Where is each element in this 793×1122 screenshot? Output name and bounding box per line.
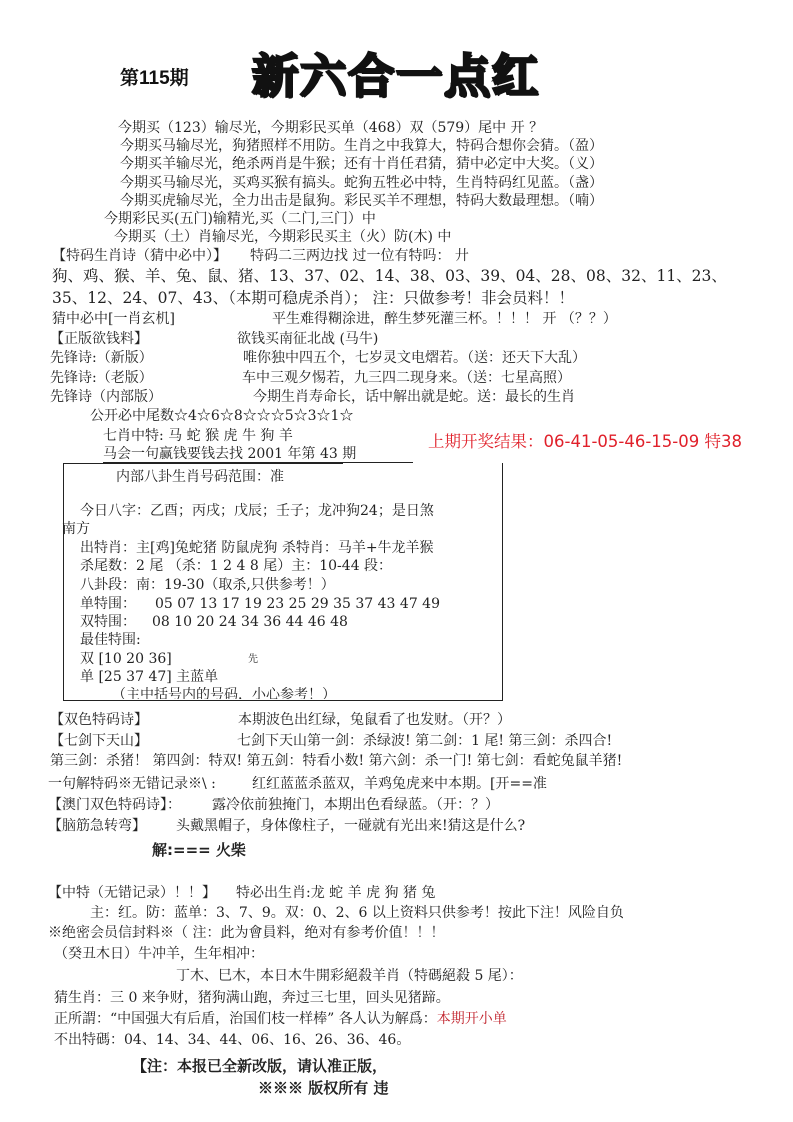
tail-numbers: 公开必中尾数☆4☆6☆8☆☆☆5☆3☆1☆ (90, 408, 353, 424)
intro-line-3: 今期买羊输尽光，绝杀两肖是牛猴；还有十肖任君猜，猜中必定中大奖。（义） (120, 156, 603, 172)
intro-line-6: 今期彩民买(五门)输精光,买（二门,三门）中 (104, 211, 376, 227)
pioneer-text-old: 车中三观夕惕若，九三四二现身来。（送：七星高照） (242, 370, 571, 386)
one-sentence-text: 红红蓝蓝杀蓝双，羊鸡兔虎来中本期。[开==准 (252, 776, 547, 792)
box-best-odd: 单 [25 37 47] 主蓝单 (80, 669, 218, 685)
saying-answer: 本期开小单 (437, 1011, 507, 1027)
day-line: （癸丑木日）牛冲羊，生年相冲： (54, 946, 264, 962)
special-label: 【中特（无错记录）！！】 (48, 885, 216, 901)
saying-prefix: 正所謂：“中国强大有后盾，治国们枝一样棒” 各人认为解爲： (54, 1011, 437, 1027)
tema-poem-numbers-1: 狗、鸡、猴、羊、兔、鼠、猪、13、37、02、14、38、03、39、04、28… (52, 268, 727, 286)
day-line2: 丁木、巳木，本日木牛開彩絕殺羊肖（特碼絕殺 5 尾）： (176, 968, 523, 984)
intro-line-2: 今期买马输尽光，狗猪照样不用防。生肖之中我算大，特码合想你会猜。（盈） (120, 138, 603, 154)
box-title: 内部八卦生肖号码范围：准 (116, 469, 284, 485)
intro-line-7: 今期买（土）肖输尽光，今期彩民买主（火）防(木) 中 (114, 229, 451, 245)
seven-swords-text: 七剑下天山第一剑：杀绿波! 第二剑：1 尾! 第三剑：杀四合! (237, 733, 612, 749)
guess-zodiac-line: 猜生肖：三 0 来争财，猪狗满山跑，奔过三七里，回头见猪蹄。 (54, 990, 450, 1006)
riddle-answer: 解:=== 火柴 (152, 842, 246, 859)
two-color-label: 【双色特码诗】 (50, 712, 148, 728)
box-best-even: 双 [10 20 36] (80, 651, 172, 667)
guess-label: 猜中必中[一肖玄机] (52, 311, 175, 327)
intro-line-1: 今期买（123）输尽光，今期彩民买单（468）双（579）尾中 开 ？ (118, 120, 543, 136)
footer-note: 【注：本报已全新改版，请认准正版， (132, 1058, 387, 1075)
masthead-title: 新六合一点红 (252, 50, 540, 103)
footer-copyright: ※※※ 版权所有 违 (258, 1080, 388, 1097)
seven-swords-line2: 第三剑：杀猪！ 第四剑：特双! 第五剑：特看小数! 第六剑：杀一门! 第七剑：看… (50, 753, 622, 769)
one-sentence-label: 一句解特码※无错记录※\ : (48, 776, 216, 792)
special-text: 特必出生肖:龙 蛇 羊 虎 狗 猪 兔 (236, 885, 435, 901)
special-line2: 主：红。防：蓝单：3、7、9。双：0、2、6 以上资料只供参考！按此下注！风险自… (90, 905, 624, 921)
tema-poem-numbers-2: 35、12、24、07、43、（本期可稳虎杀肖）； 注：只做参考！非会员料！！ (52, 290, 574, 308)
horse-club-line: 马会一句赢钱要钱去找 2001 年第 43 期 (103, 446, 413, 463)
intro-line-4: 今期买马输尽光，买鸡买猴有搞头。蛇狗五牲必中特，生肖特码红见蓝。（盏） (120, 175, 603, 191)
box-odd-label: 单特围： (80, 596, 136, 612)
box-even-label: 双特围： (80, 614, 136, 630)
member-line: ※绝密会员信封料※（ 注：此为會員料，绝对有参考价值！！！ (48, 925, 444, 941)
last-result: 上期开奖结果：06-41-05-46-15-09 特38 (428, 433, 742, 452)
box-zodiac: 出特肖：主[鸡]兔蛇猪 防鼠虎狗 杀特肖：马羊+牛龙羊猴 (80, 540, 434, 556)
pioneer-text-internal: 今期生肖寿命长，话中解出就是蛇。送：最长的生肖 (253, 389, 575, 405)
tema-poem-text: 特码二三两边找 过一位有特吗： 廾 (250, 248, 469, 264)
issue-number: 第115期 (120, 68, 189, 90)
box-bazi-cont: 南方 (62, 521, 90, 537)
box-top-border (63, 463, 343, 464)
box-best-even-note: 先 (248, 654, 258, 666)
no-special-numbers: 不出特碼：04、14、34、44、06、16、26、36、46。 (54, 1032, 410, 1048)
intro-line-5: 今期买虎输尽光，全力出击是鼠狗。彩民买羊不理想，特码大数最理想。（喃） (120, 193, 603, 209)
box-bagua: 八卦段：南：19-30（取杀,只供参考！） (80, 577, 335, 593)
pioneer-label-internal: 先锋诗（内部版） (50, 389, 162, 405)
macau-text: 露冷依前独掩门，本期出色看绿蓝。（开：？） (212, 797, 499, 813)
pioneer-label-old: 先锋诗:（老版） (50, 370, 153, 386)
pioneer-label-new: 先锋诗:（新版） (50, 350, 153, 366)
box-bazi: 今日八字：乙酉；丙戌；戊辰；壬子；龙冲狗24；是日煞 (80, 503, 434, 519)
box-kill-tail: 杀尾数：2 尾 （杀：1 2 4 8 尾）主：10-44 段： (80, 558, 392, 574)
seven-swords-label: 【七剑下天山】 (50, 733, 148, 749)
money-text: 欲钱买南征北战 (马牛) (237, 331, 378, 347)
riddle-label: 【脑筋急转弯】 (48, 818, 146, 834)
box-best-label: 最佳特围: (80, 632, 141, 648)
tema-poem-label: 【特码生肖诗（猜中必中）】 (52, 248, 227, 264)
riddle-text: 头戴黑帽子，身体像柱子，一碰就有光出来!猜这是什么? (176, 818, 525, 834)
pioneer-text-new: 唯你独中四五个，七岁灵文电熠若。（送：还天下大乱） (243, 350, 586, 366)
two-color-text: 本期波色出红绿，兔鼠看了也发财。（开？） (238, 712, 511, 728)
box-even-numbers: 08 10 20 24 34 36 44 46 48 (152, 614, 348, 630)
box-footer: （主中括号内的号码，小心参考！） (112, 687, 336, 699)
money-label: 【正版欲钱料】 (50, 331, 148, 347)
guess-text: 平生难得糊涂进，醉生梦死灌三杯。！！！ 开 （？？） (272, 311, 617, 327)
macau-label: 【澳门双色特码诗】： (48, 797, 181, 813)
saying-line: 正所謂：“中国强大有后盾，治国们枝一样棒” 各人认为解爲：本期开小单 (54, 1011, 507, 1027)
seven-zodiac: 七肖中特: 马 蛇 猴 虎 牛 狗 羊 (103, 428, 293, 444)
box-odd-numbers: 05 07 13 17 19 23 25 29 35 37 43 47 49 (155, 596, 440, 612)
